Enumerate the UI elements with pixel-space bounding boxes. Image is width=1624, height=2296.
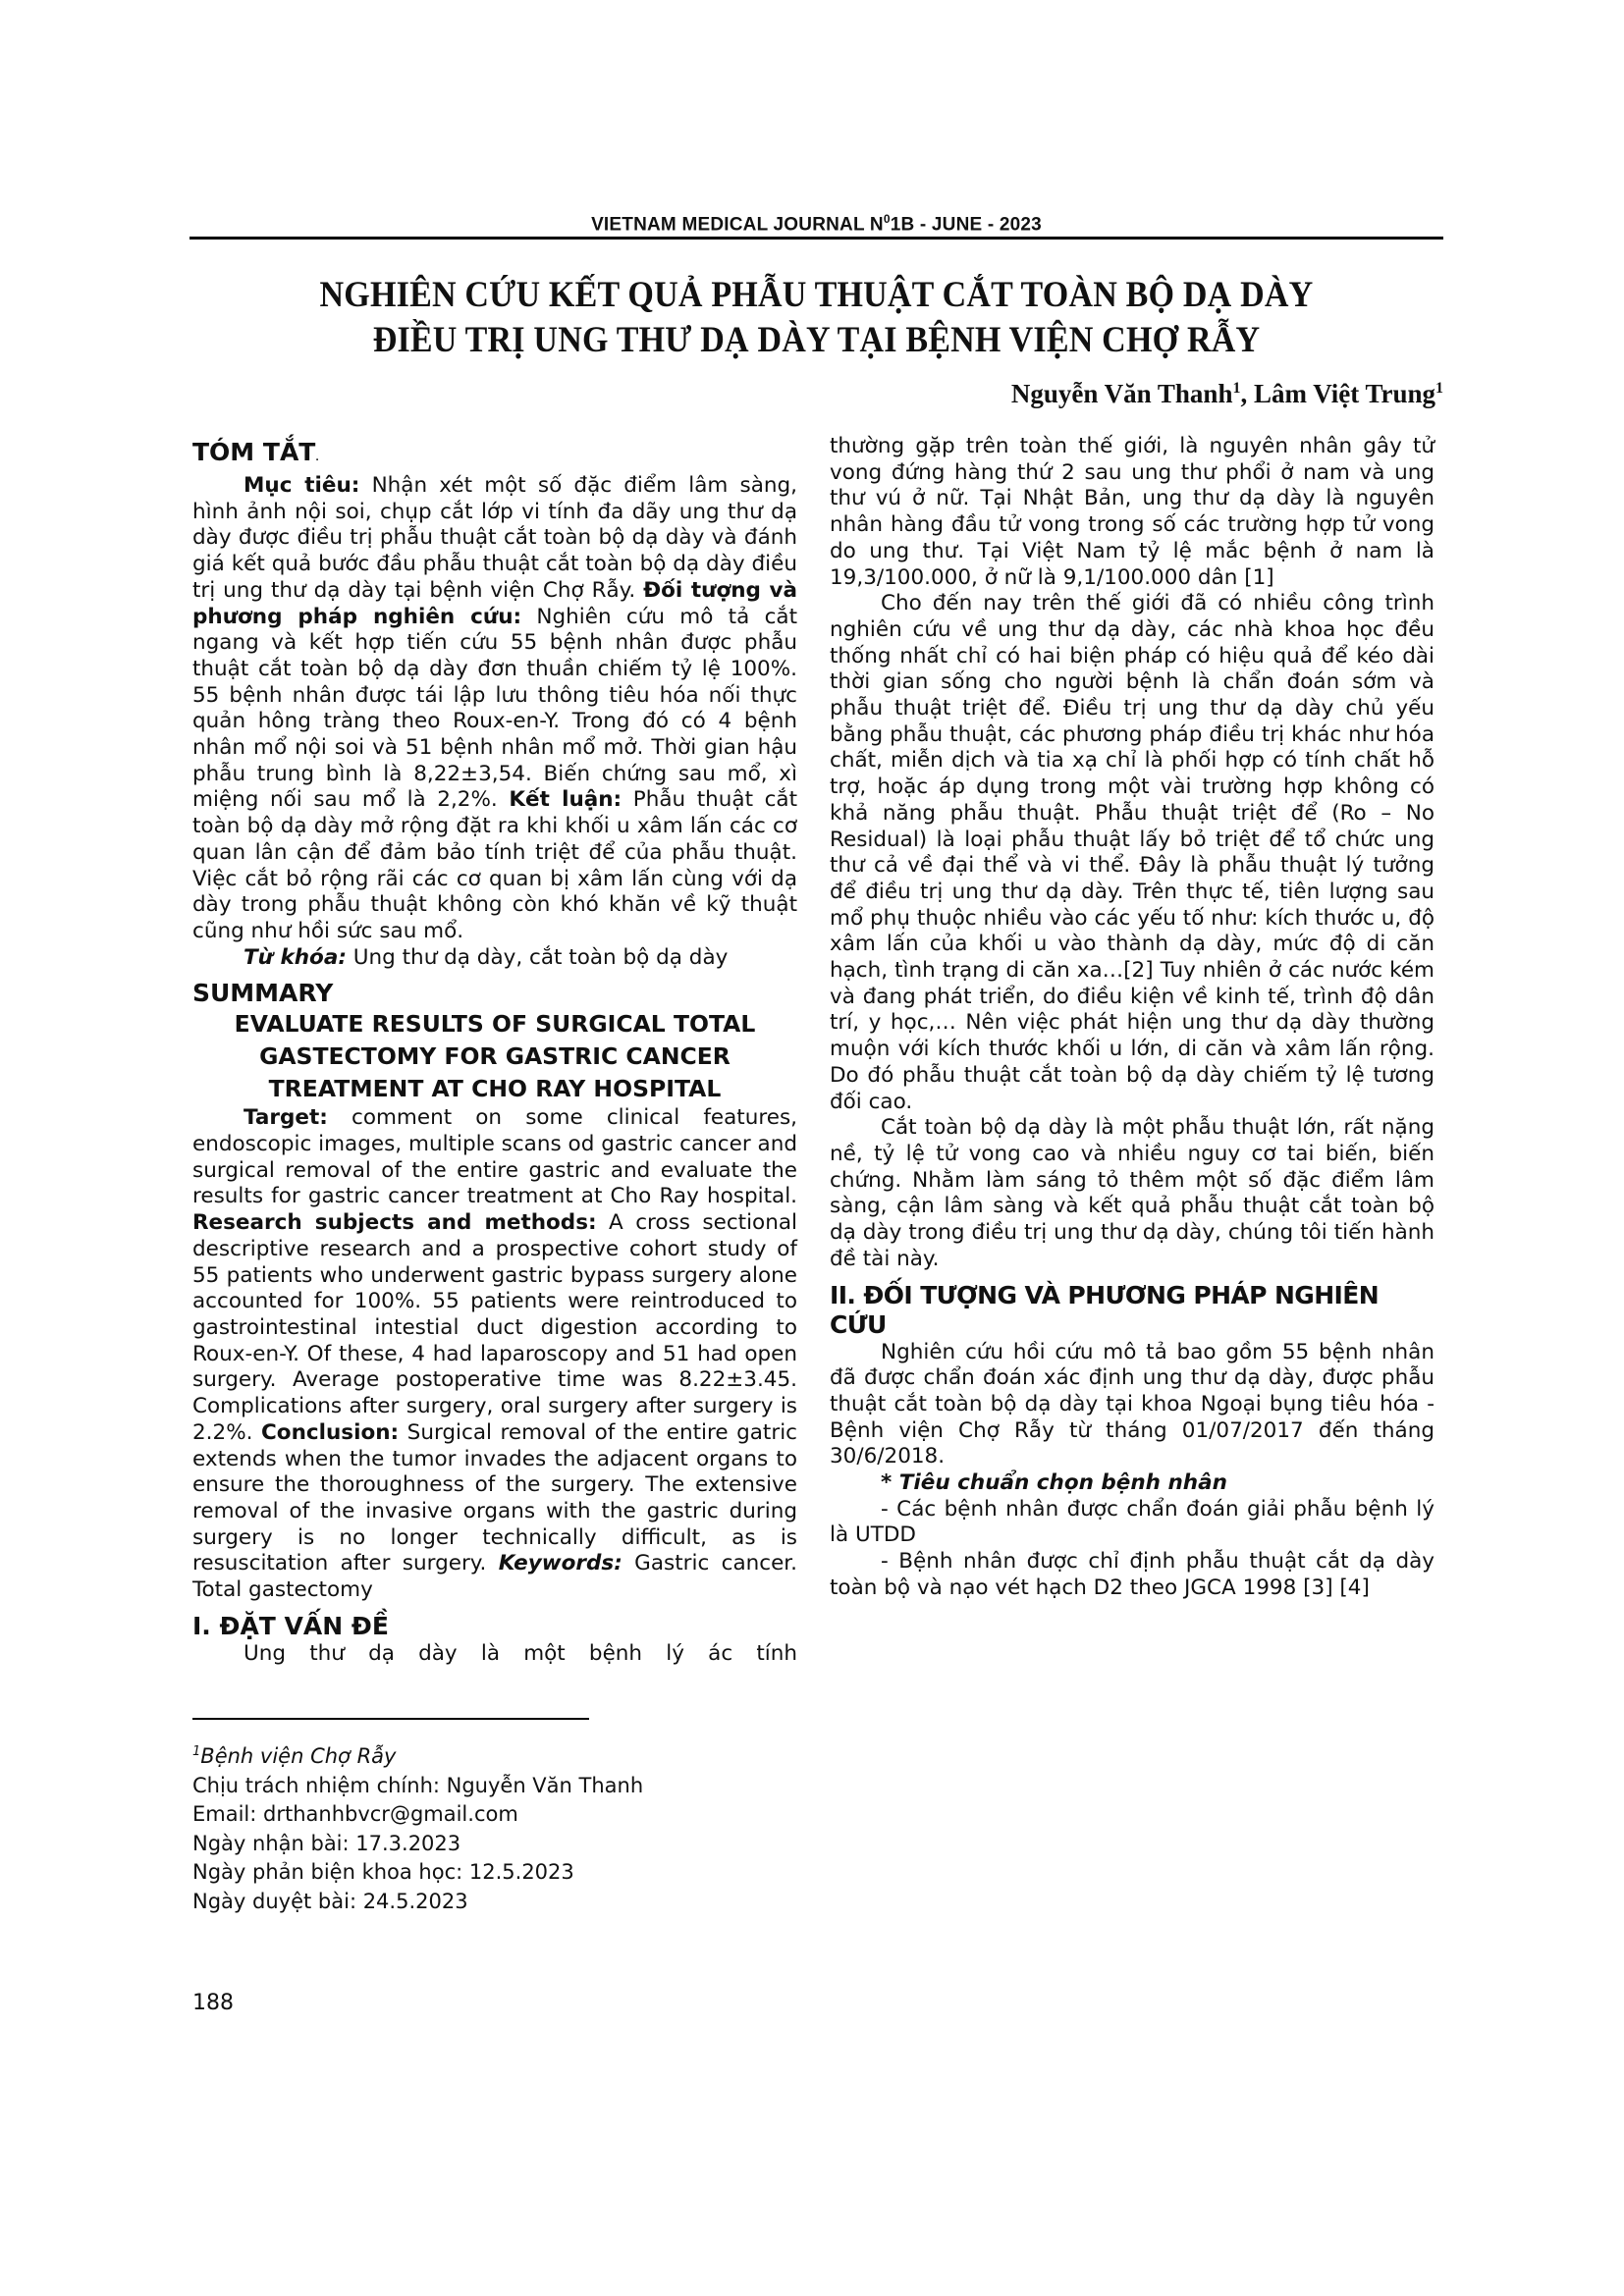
date-reviewed: Ngày phản biện khoa học: 12.5.2023 [192,1858,797,1888]
target-label: Target: [244,1105,328,1130]
conclusion-label: Conclusion: [261,1420,399,1445]
author-separator: , [1240,379,1254,408]
footnote-divider [192,1718,589,1720]
abstract-vi-heading: TÓM TẮT. [192,438,797,473]
email: Email: drthanhbvcr@gmail.com [192,1800,797,1830]
affiliation: 1Bệnh viện Chợ Rẫy [192,1737,797,1772]
section-1-para-start: Ung thư dạ dày là một bệnh lý ác tính [192,1641,797,1668]
keywords-vi: Từ khóa: Ung thư dạ dày, cắt toàn bộ dạ … [192,945,797,972]
article-title: NGHIÊN CỨU KẾT QUẢ PHẪU THUẬT CẮT TOÀN B… [240,273,1393,363]
methods-label: Research subjects and methods: [192,1210,597,1235]
section-2-para-1: Nghiên cứu hồi cứu mô tả bao gồm 55 bệnh… [830,1340,1435,1471]
conclusion-label: Kết luận: [509,787,622,812]
abstract-vi-body: Mục tiêu: Nhận xét một số đặc điểm lâm s… [192,473,797,945]
page-number: 188 [192,1991,234,2015]
left-column: TÓM TẮT. Mục tiêu: Nhận xét một số đặc đ… [192,438,797,1916]
date-accepted: Ngày duyệt bài: 24.5.2023 [192,1888,797,1917]
author-name: Nguyễn Văn Thanh [1011,379,1233,408]
running-header: VIETNAM MEDICAL JOURNAL N01B - JUNE - 20… [189,212,1443,236]
journal-issue: 1B - JUNE - 2023 [891,214,1042,235]
abstract-en-body: Target: comment on some clinical feature… [192,1105,797,1603]
corresponding-author: Chịu trách nhiệm chính: Nguyễn Văn Thanh [192,1772,797,1801]
date-received: Ngày nhận bài: 17.3.2023 [192,1830,797,1859]
journal-name: VIETNAM MEDICAL JOURNAL N [591,214,884,235]
journal-number-sup: 0 [884,212,891,226]
right-column: thường gặp trên toàn thế giới, là nguyên… [830,434,1435,1602]
summary-title: EVALUATE RESULTS OF SURGICAL TOTAL GASTE… [192,1008,797,1105]
criteria-item: - Các bệnh nhân được chẩn đoán giải phẫu… [830,1497,1435,1549]
section-1-para-3: Cắt toàn bộ dạ dày là một phẫu thuật lớn… [830,1115,1435,1272]
author-list: Nguyễn Văn Thanh1, Lâm Việt Trung1 [825,379,1443,409]
author-name: Lâm Việt Trung [1254,379,1435,408]
keywords-label: Keywords: [499,1551,623,1575]
methods-text: Nghiên cứu mô tả cắt ngang và kết hợp ti… [192,605,797,813]
selection-criteria-heading: * Tiêu chuẩn chọn bệnh nhân [830,1470,1435,1497]
criteria-item: - Bệnh nhân được chỉ định phẫu thuật cắt… [830,1549,1435,1601]
section-2-heading: II. ĐỐI TƯỢNG VÀ PHƯƠNG PHÁP NGHIÊN CỨU [830,1281,1435,1340]
summary-heading: SUMMARY [192,979,797,1008]
section-1-para-2: Cho đến nay trên thế giới đã có nhiều cô… [830,591,1435,1115]
footnote: 1Bệnh viện Chợ Rẫy Chịu trách nhiệm chín… [192,1737,797,1916]
objective-label: Mục tiêu: [244,473,359,498]
section-1-heading: I. ĐẶT VẤN ĐỀ [192,1612,797,1641]
author-affiliation-sup: 1 [1435,380,1443,397]
section-1-para-1: thường gặp trên toàn thế giới, là nguyên… [830,434,1435,591]
header-divider [189,237,1443,240]
title-line-2: ĐIỀU TRỊ UNG THƯ DẠ DÀY TẠI BỆNH VIỆN CH… [240,318,1393,363]
title-line-1: NGHIÊN CỨU KẾT QUẢ PHẪU THUẬT CẮT TOÀN B… [240,273,1393,318]
